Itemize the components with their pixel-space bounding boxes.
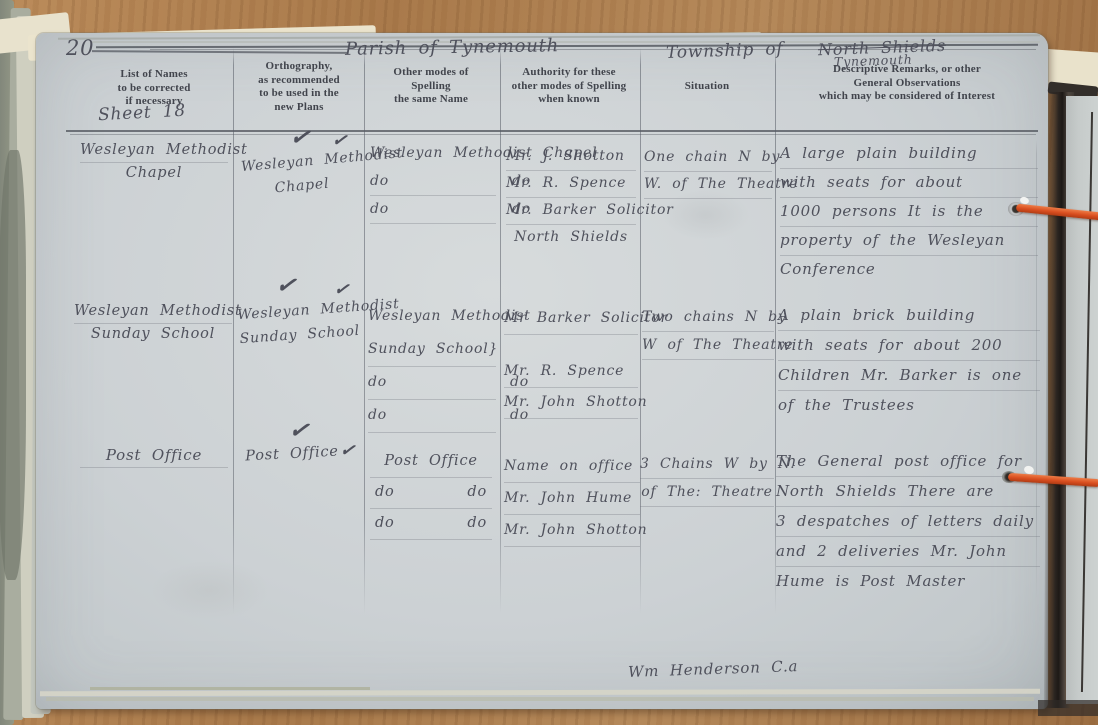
handwritten-line: Sunday School} (368, 333, 496, 366)
row2-situation-cell: Two chains N by W of The Theatre (642, 303, 774, 359)
handwritten-line: Hume is Post Master (776, 566, 1040, 596)
paper-stain (150, 560, 270, 620)
header-line: List of Names (80, 68, 228, 82)
handwritten-line: One chain N by (644, 144, 772, 171)
header-remarks: Descriptive Remarks, or other General Ob… (778, 63, 1036, 104)
row1-authority-cell: Mr. J. Shotton Mr. R. Spence Mr. Barker … (506, 143, 636, 251)
header-authority: Authority for these other modes of Spell… (502, 66, 636, 107)
header-orthography: Orthography, as recommended to be used i… (240, 60, 358, 114)
handwritten-line: Wesleyan Methodist (74, 300, 232, 323)
handwritten-line: A plain brick building (778, 300, 1040, 330)
page-edge-bottom (46, 697, 1034, 701)
paper-stain (660, 190, 750, 240)
column-divider (233, 48, 234, 614)
handwritten-line: Name on office (504, 450, 640, 482)
handwritten-line: Post Office (370, 446, 492, 477)
row1-name-cell: Wesleyan Methodist Chapel (80, 139, 228, 185)
handwritten-line: Mr. John Shotton (504, 387, 638, 418)
row3-remarks-cell: The General post office for North Shield… (776, 446, 1040, 596)
handwritten-line: 1000 persons It is the (780, 197, 1038, 226)
handwritten-line: Mr Barker Solicitor (504, 303, 638, 334)
handwritten-line: Wesleyan Methodist (368, 300, 496, 333)
ditto-line: do do (370, 508, 492, 539)
checkmark-icon: ✓ (274, 269, 299, 301)
handwritten-line: North Shields (506, 224, 636, 251)
ditto-line: do do (368, 366, 496, 399)
header-line: Authority for these (502, 66, 636, 80)
handwritten-line: Mr. R. Spence (504, 356, 638, 387)
ditto-line: do do (370, 167, 496, 195)
header-situation: Situation (644, 80, 770, 94)
handwritten-line: Two chains N by (642, 303, 774, 331)
page-number: 20 (66, 36, 94, 60)
header-bottom-rule-thin (70, 134, 1036, 135)
header-line: Situation (644, 80, 770, 94)
column-divider (364, 48, 365, 614)
header-line: to be corrected (80, 82, 228, 96)
ditto-line: do do (370, 477, 492, 508)
handwritten-line: Wesleyan Methodist (80, 139, 228, 162)
page-stack-left-tatter (0, 150, 26, 580)
handwritten-line: Post Office (80, 443, 228, 467)
book-photo: List of Names to be corrected if necessa… (0, 0, 1098, 725)
ditto-line: do do (368, 399, 496, 432)
header-line: which may be considered of Interest (778, 90, 1036, 104)
header-line: when known (502, 93, 636, 107)
handwritten-line: with seats for about 200 (778, 330, 1040, 360)
row1-orthography-cell: Wesleyan Methodist Chapel (240, 145, 362, 203)
township-prefix: Township of (666, 39, 784, 63)
handwritten-line: of The: Theatre (640, 478, 774, 506)
row2-authority-cell: Mr Barker Solicitor Mr. R. Spence Mr. Jo… (504, 303, 638, 418)
handwritten-line: Mr. J. Shotton (506, 143, 636, 170)
page-edge-bottom-streak (90, 687, 370, 690)
row3-authority-cell: Name on office Mr. John Hume Mr. John Sh… (504, 450, 640, 546)
handwritten-line: and 2 deliveries Mr. John (776, 536, 1040, 566)
row2-remarks-cell: A plain brick building with seats for ab… (778, 300, 1040, 420)
handwritten-line: property of the Wesleyan (780, 226, 1038, 255)
parish-heading: Parish of Tynemouth (345, 35, 559, 60)
handwritten-line: Mr. Barker Solicitor (506, 197, 636, 224)
header-line: as recommended (240, 74, 358, 88)
handwritten-line: of the Trustees (778, 390, 1040, 420)
township-correction: Tynemouth (834, 52, 913, 70)
header-line: other modes of Spelling (502, 80, 636, 94)
handwritten-line: A large plain building (780, 139, 1038, 168)
handwritten-line: Mr. John Shotton (504, 514, 640, 546)
row2-spelling-cell: Wesleyan Methodist Sunday School} do do … (368, 300, 496, 432)
header-line: to be used in the (240, 87, 358, 101)
checkmark-icon: ✓ (288, 121, 313, 153)
handwritten-line: 3 despatches of letters daily (776, 506, 1040, 536)
bottom-right-shadow (1038, 700, 1098, 716)
handwritten-line: North Shields There are (776, 476, 1040, 506)
column-divider (500, 48, 501, 614)
handwritten-line: Wesleyan Methodist Chapel (370, 139, 496, 167)
handwritten-line: W of The Theatre (642, 331, 774, 359)
header-other-spelling: Other modes of Spelling the same Name (368, 66, 494, 107)
row1-spelling-cell: Wesleyan Methodist Chapel do do do do (370, 139, 496, 223)
row3-situation-cell: 3 Chains W by N. of The: Theatre (640, 450, 774, 506)
handwritten-line: Mr. R. Spence (506, 170, 636, 197)
handwritten-line: Children Mr. Barker is one (778, 360, 1040, 390)
ditto-line: do do (370, 195, 496, 223)
handwritten-line: Mr. John Hume (504, 482, 640, 514)
handwritten-line: Chapel (80, 162, 228, 185)
header-line: Spelling (368, 80, 494, 94)
handwritten-line: The General post office for (776, 446, 1040, 476)
handwritten-line: Sunday School (74, 323, 232, 346)
header-line: the same Name (368, 93, 494, 107)
header-line: Other modes of (368, 66, 494, 80)
row2-name-cell: Wesleyan Methodist Sunday School (74, 300, 232, 346)
row3-spelling-cell: Post Office do do do do (370, 446, 492, 539)
header-line: Orthography, (240, 60, 358, 74)
row3-name-cell: Post Office (80, 443, 228, 467)
header-bottom-rule (66, 130, 1038, 132)
handwritten-line: with seats for about (780, 168, 1038, 197)
header-line: General Observations (778, 77, 1036, 91)
handwritten-line: 3 Chains W by N. (640, 450, 774, 478)
row1-remarks-cell: A large plain building with seats for ab… (780, 139, 1038, 284)
header-line: new Plans (240, 101, 358, 115)
row2-orthography-cell: Wesleyan Methodist Sunday School (236, 295, 361, 351)
handwritten-line: Conference (780, 255, 1038, 284)
